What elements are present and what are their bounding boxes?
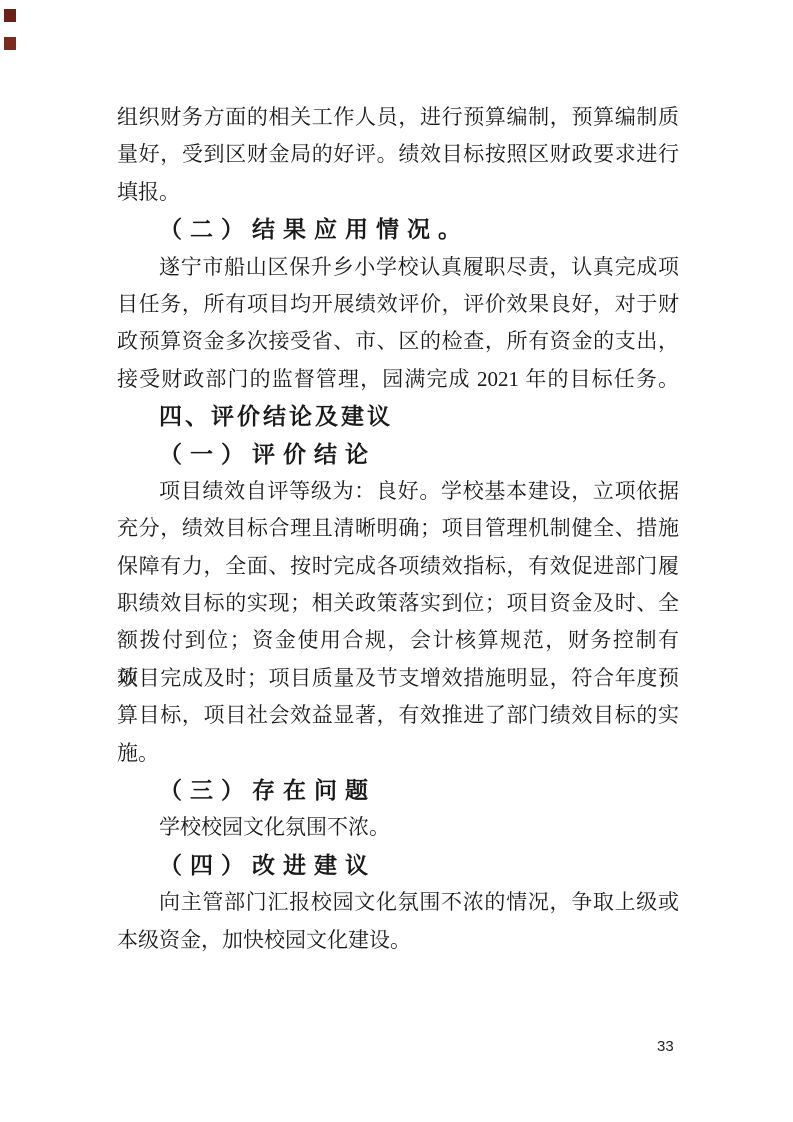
body-line: 接受财政部门的监督管理，园满完成 2021 年的目标任务。 bbox=[117, 361, 679, 398]
document-body: 组织财务方面的相关工作人员，进行预算编制，预算编制质 量好，受到区财金局的好评。… bbox=[117, 99, 679, 959]
body-line: 施。 bbox=[117, 735, 679, 772]
body-line: 项目绩效自评等级为：良好。学校基本建设，立项依据 bbox=[117, 473, 679, 510]
body-line: 职绩效目标的实现；相关政策落实到位；项目资金及时、全 bbox=[117, 585, 679, 622]
red-scan-mark-icon bbox=[4, 37, 16, 50]
body-line: 组织财务方面的相关工作人员，进行预算编制，预算编制质 bbox=[117, 99, 679, 136]
body-line: 向主管部门汇报校园文化氛围不浓的情况，争取上级或 bbox=[117, 884, 679, 921]
body-line: 政预算资金多次接受省、市、区的检查，所有资金的支出， bbox=[117, 323, 679, 360]
body-line: 填报。 bbox=[117, 174, 679, 211]
body-line: 学校校园文化氛围不浓。 bbox=[117, 809, 679, 846]
heading-result-application: （二）结果应用情况。 bbox=[117, 211, 679, 248]
body-line: 本级资金，加快校园文化建设。 bbox=[117, 922, 679, 959]
body-line: 遂宁市船山区保升乡小学校认真履职尽责，认真完成项 bbox=[117, 249, 679, 286]
page-number: 33 bbox=[657, 1038, 674, 1056]
heading-conclusion-section: 四、评价结论及建议 bbox=[117, 398, 679, 435]
body-line: 量好，受到区财金局的好评。绩效目标按照区财政要求进行 bbox=[117, 136, 679, 173]
heading-eval-conclusion: （一）评价结论 bbox=[117, 436, 679, 473]
body-line: 充分，绩效目标合理且清晰明确；项目管理机制健全、措施 bbox=[117, 510, 679, 547]
heading-suggestions: （四）改进建议 bbox=[117, 847, 679, 884]
heading-problems: （三）存在问题 bbox=[117, 772, 679, 809]
body-line: 项目完成及时；项目质量及节支增效措施明显，符合年度预 bbox=[117, 660, 679, 697]
body-line: 目任务，所有项目均开展绩效评价，评价效果良好，对于财 bbox=[117, 286, 679, 323]
document-page: 组织财务方面的相关工作人员，进行预算编制，预算编制质 量好，受到区财金局的好评。… bbox=[0, 0, 793, 1122]
body-line: 额拨付到位；资金使用合规，会计核算规范，财务控制有效； bbox=[117, 622, 679, 659]
red-scan-mark-icon bbox=[4, 9, 16, 22]
body-line: 保障有力，全面、按时完成各项绩效指标，有效促进部门履 bbox=[117, 548, 679, 585]
body-line: 算目标，项目社会效益显著，有效推进了部门绩效目标的实 bbox=[117, 697, 679, 734]
